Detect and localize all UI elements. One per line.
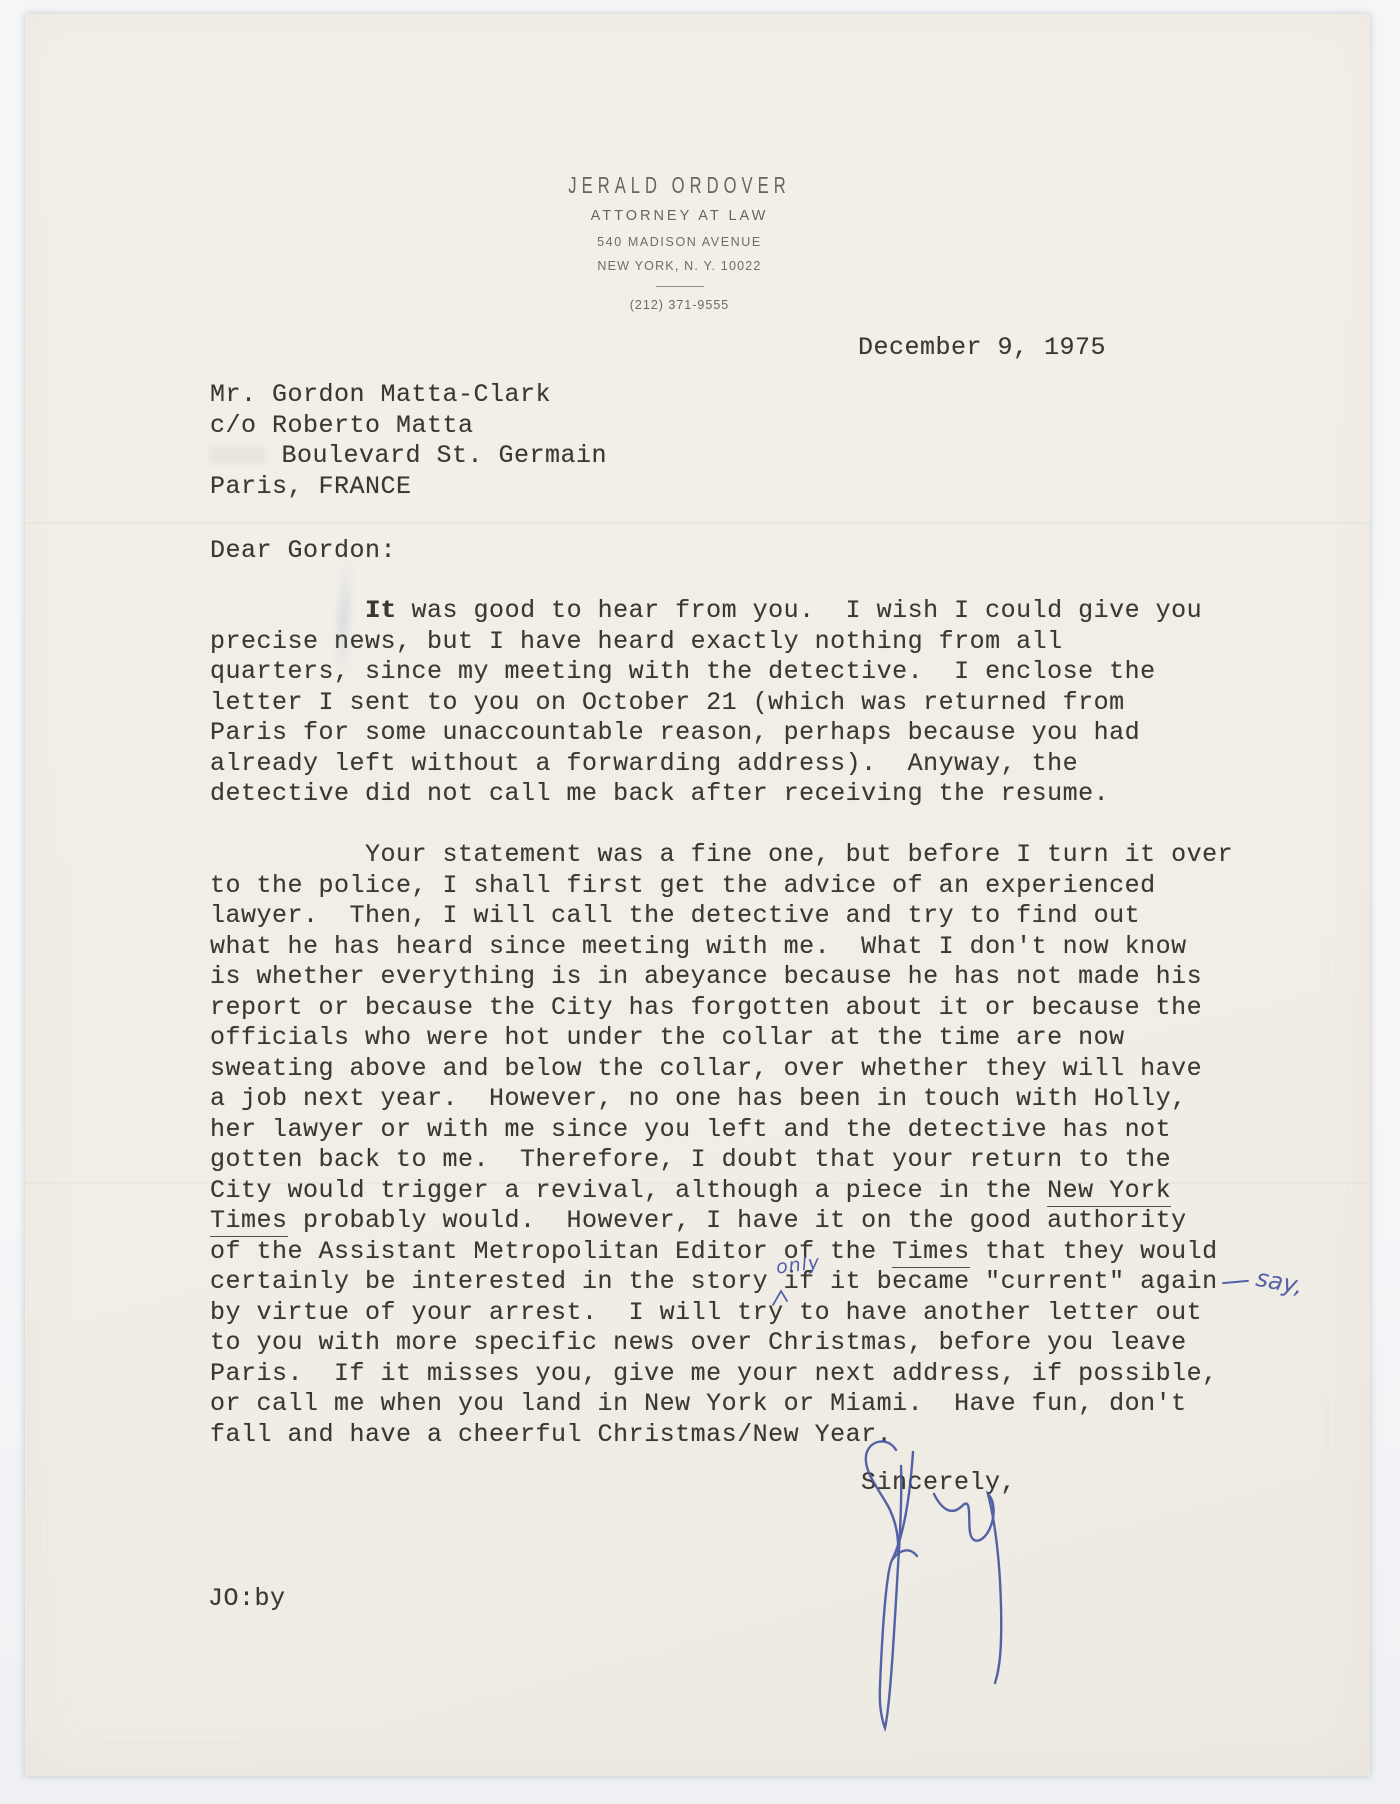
typed-line: City would trigger a revival, although a…: [210, 1176, 1233, 1207]
typed-text: certainly be interested in the story if …: [210, 1267, 1218, 1296]
typed-text: a job next year. However, no one has bee…: [210, 1084, 1187, 1113]
typed-line: c/o Roberto Matta: [210, 411, 607, 442]
typed-text: Mr. Gordon Matta-Clark: [210, 380, 551, 409]
typed-line: certainly be interested in the story if …: [210, 1267, 1233, 1298]
typed-text: letter I sent to you on October 21 (whic…: [210, 688, 1125, 717]
typed-line: of the Assistant Metropolitan Editor of …: [210, 1237, 1233, 1268]
letter-date: December 9, 1975: [858, 333, 1106, 362]
typed-line: her lawyer or with me since you left and…: [210, 1115, 1233, 1146]
typed-line: a job next year. However, no one has bee…: [210, 1084, 1233, 1115]
typed-text: quarters, since my meeting with the dete…: [210, 657, 1156, 686]
paper-crease: [25, 522, 1370, 524]
typed-text: City would trigger a revival, although a…: [210, 1176, 1047, 1205]
typist-reference: JO:by: [208, 1584, 286, 1613]
typed-text: Paris. If it misses you, give me your ne…: [210, 1359, 1218, 1388]
typed-text: to you with more specific news over Chri…: [210, 1328, 1187, 1357]
typed-text: Boulevard St. Germain: [266, 441, 607, 470]
typed-line: It was good to hear from you. I wish I c…: [210, 596, 1233, 627]
typed-line: by virtue of your arrest. I will try to …: [210, 1298, 1233, 1329]
typed-text: is whether everything is in abeyance bec…: [210, 962, 1202, 991]
typed-text: report or because the City has forgotten…: [210, 993, 1202, 1022]
typed-line: Boulevard St. Germain: [210, 441, 607, 472]
typed-text: already left without a forwarding addres…: [210, 749, 1078, 778]
typed-text: sweating above and below the collar, ove…: [210, 1054, 1202, 1083]
typed-line: Your statement was a fine one, but befor…: [210, 840, 1233, 871]
typed-text: It: [365, 596, 396, 625]
typed-text: to the police, I shall first get the adv…: [210, 871, 1156, 900]
typed-text: that they would: [970, 1237, 1218, 1266]
typed-text: Paris, FRANCE: [210, 472, 412, 501]
salutation: Dear Gordon:: [210, 536, 396, 565]
typed-line: precise news, but I have heard exactly n…: [210, 627, 1233, 658]
caret-icon: [770, 1288, 794, 1308]
letterhead-name: JERALD ORDOVER: [195, 172, 1163, 199]
typed-line: detective did not call me back after rec…: [210, 779, 1233, 810]
typed-line: already left without a forwarding addres…: [210, 749, 1233, 780]
typed-text: detective did not call me back after rec…: [210, 779, 1109, 808]
typed-text: officials who were hot under the collar …: [210, 1023, 1125, 1052]
signature-scrawl: [838, 1436, 1038, 1736]
letter-paper: JERALD ORDOVER ATTORNEY AT LAW 540 MADIS…: [25, 14, 1370, 1776]
typed-line: Times probably would. However, I have it…: [210, 1206, 1233, 1237]
typed-text: her lawyer or with me since you left and…: [210, 1115, 1171, 1144]
typed-text: gotten back to me. Therefore, I doubt th…: [210, 1145, 1171, 1174]
recipient-address: Mr. Gordon Matta-Clarkc/o Roberto Matta …: [210, 380, 607, 502]
typed-text: c/o Roberto Matta: [210, 411, 474, 440]
typed-line: officials who were hot under the collar …: [210, 1023, 1233, 1054]
redacted-street-number: [210, 446, 266, 464]
typed-line: what he has heard since meeting with me.…: [210, 932, 1233, 963]
letterhead-title: ATTORNEY AT LAW: [7, 208, 1352, 224]
typed-text: Times: [210, 1206, 288, 1237]
typed-text: or call me when you land in New York or …: [210, 1389, 1187, 1418]
typed-line: lawyer. Then, I will call the detective …: [210, 901, 1233, 932]
typed-text: Your statement was a fine one, but befor…: [210, 840, 1233, 869]
typed-text: Paris for some unaccountable reason, per…: [210, 718, 1140, 747]
typed-line: report or because the City has forgotten…: [210, 993, 1233, 1024]
typed-text: lawyer. Then, I will call the detective …: [210, 901, 1140, 930]
scan-background: JERALD ORDOVER ATTORNEY AT LAW 540 MADIS…: [0, 0, 1400, 1804]
typed-line: letter I sent to you on October 21 (whic…: [210, 688, 1233, 719]
letterhead-address-line1: 540 MADISON AVENUE: [7, 235, 1352, 249]
typed-text: what he has heard since meeting with me.…: [210, 932, 1187, 961]
typed-text: New York: [1047, 1176, 1171, 1207]
letterhead-address-line2: NEW YORK, N. Y. 10022: [7, 259, 1352, 273]
letterhead-phone: (212) 371-9555: [7, 298, 1352, 312]
typed-line: sweating above and below the collar, ove…: [210, 1054, 1233, 1085]
typed-line: to you with more specific news over Chri…: [210, 1328, 1233, 1359]
typed-line: fall and have a cheerful Christmas/New Y…: [210, 1420, 1233, 1451]
typed-text: fall and have a cheerful Christmas/New Y…: [210, 1420, 892, 1449]
letterhead-divider: [656, 286, 704, 287]
typed-line: quarters, since my meeting with the dete…: [210, 657, 1233, 688]
typed-line: Paris. If it misses you, give me your ne…: [210, 1359, 1233, 1390]
typed-text: Times: [892, 1237, 970, 1268]
typed-line: is whether everything is in abeyance bec…: [210, 962, 1233, 993]
typed-line: [210, 810, 1233, 841]
typed-line: gotten back to me. Therefore, I doubt th…: [210, 1145, 1233, 1176]
typed-line: Mr. Gordon Matta-Clark: [210, 380, 607, 411]
typed-text: by virtue of your arrest. I will try to …: [210, 1298, 1202, 1327]
typed-line: or call me when you land in New York or …: [210, 1389, 1233, 1420]
typed-line: Paris for some unaccountable reason, per…: [210, 718, 1233, 749]
typed-line: Paris, FRANCE: [210, 472, 607, 503]
typed-line: to the police, I shall first get the adv…: [210, 871, 1233, 902]
typed-text: probably would. However, I have it on th…: [288, 1206, 1187, 1235]
typed-text: was good to hear from you. I wish I coul…: [396, 596, 1202, 625]
margin-note: say,: [1254, 1264, 1306, 1300]
letter-body: It was good to hear from you. I wish I c…: [210, 596, 1233, 1450]
